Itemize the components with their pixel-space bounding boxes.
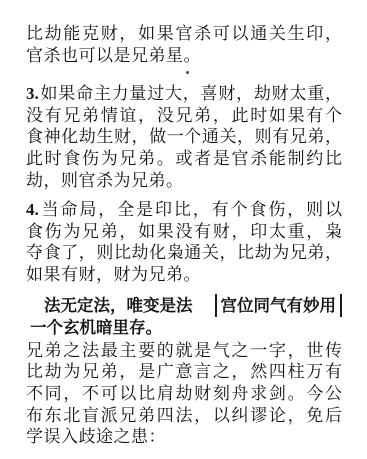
text-line: 官杀也可以是兄弟星。 (26, 45, 342, 67)
text-line: 不同，不可以比肩劫财刻舟求剑。今公 (26, 383, 342, 405)
scan-artifact-dot (186, 71, 189, 74)
text-line: 3.如果命主力量过大，喜财，劫财太重， (26, 83, 342, 105)
text-line: 4.当命局，全是印比，有个食伤，则以 (26, 199, 342, 221)
text-line: 夺食了，则比劫化枭通关，比劫为兄弟， (26, 242, 342, 264)
verse-phrase-left: 法无定法，唯变是法 (44, 295, 193, 317)
text-line: 学误入歧途之患： (26, 426, 342, 448)
text-line: 比劫为兄弟，是广意言之，然四柱万有 (26, 361, 342, 383)
list-number: 3. (26, 84, 39, 103)
verse-line-2: 一个玄机暗里存。 (26, 317, 342, 339)
text-segment: 如果命主力量过大，喜财，劫财太重， (40, 84, 342, 103)
text-line: 食伤为兄弟，如果没有财，印太重，枭 (26, 221, 342, 243)
list-number: 4. (26, 200, 39, 219)
text-line: 比劫能克财，如果官杀可以通关生印， (26, 23, 342, 45)
verse-line-1: 法无定法，唯变是法 宫位同气有妙用 (26, 294, 342, 318)
paragraph-rule-3: 3.如果命主力量过大，喜财，劫财太重， 没有兄弟情谊，没兄弟，此时如果有个 食神… (26, 83, 342, 191)
text-segment: 当命局，全是印比，有个食伤，则以 (40, 200, 342, 219)
scanned-document-page: 比劫能克财，如果官杀可以通关生印， 官杀也可以是兄弟星。 3.如果命主力量过大，… (0, 0, 367, 459)
paragraph-intro: 比劫能克财，如果官杀可以通关生印， 官杀也可以是兄弟星。 (26, 23, 342, 66)
text-line: 兄弟之法最主要的就是气之一字，世传 (26, 340, 342, 362)
paragraph-rule-4: 4.当命局，全是印比，有个食伤，则以 食伤为兄弟，如果没有财，印太重，枭 夺食了… (26, 199, 342, 285)
paragraph-closing: 兄弟之法最主要的就是气之一字，世传 比劫为兄弟，是广意言之，然四柱万有 不同，不… (26, 340, 342, 448)
text-line: 如果有财，财为兄弟。 (26, 264, 342, 286)
text-line: 没有兄弟情谊，没兄弟，此时如果有个 (26, 105, 342, 127)
verse-couplet: 法无定法，唯变是法 宫位同气有妙用 一个玄机暗里存。 (26, 294, 342, 339)
text-line: 食神化劫生财，做一个通关，则有兄弟， (26, 126, 342, 148)
text-line: 此时食伤为兄弟。或者是官杀能制约比 (26, 148, 342, 170)
text-line: 劫，则官杀为兄弟。 (26, 170, 342, 192)
verse-phrase-boxed: 宫位同气有妙用 (215, 294, 343, 318)
text-line: 布东北盲派兄弟四法，以纠谬论，免后 (26, 405, 342, 427)
